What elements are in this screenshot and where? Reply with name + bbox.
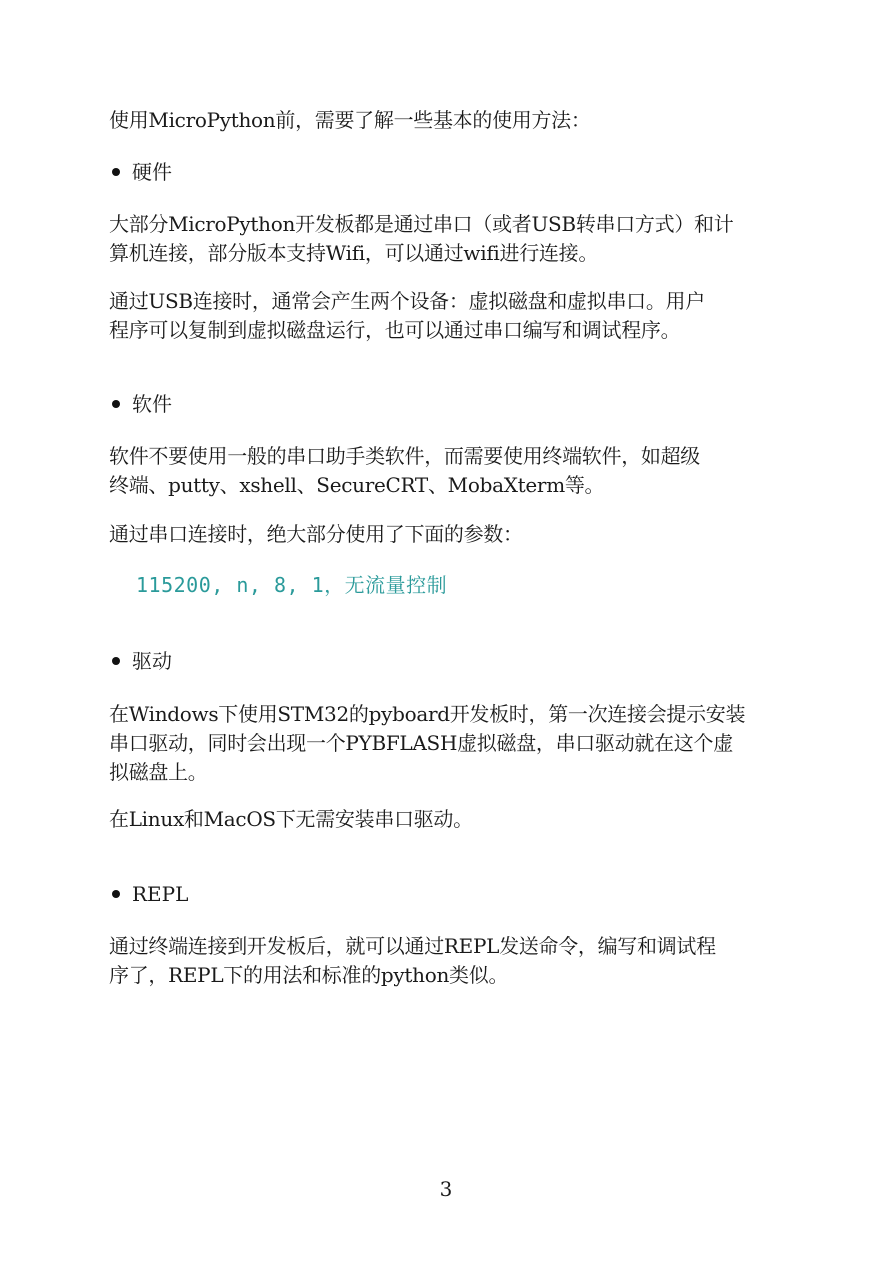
- paragraph-line: 序了，REPL下的用法和标准的python类似。: [109, 961, 508, 990]
- paragraph-line: 软件不要使用一般的串口助手类软件，而需要使用终端软件，如超级: [109, 442, 700, 471]
- paragraph-line: 在Linux和MacOS下无需安装串口驱动。: [109, 805, 473, 834]
- heading-label: 软件: [132, 392, 172, 416]
- bullet-icon: [112, 400, 120, 408]
- paragraph-line: 通过终端连接到开发板后，就可以通过REPL发送命令，编写和调试程: [109, 932, 716, 961]
- paragraph-line: 程序可以复制到虚拟磁盘运行，也可以通过串口编写和调试程序。: [109, 316, 680, 345]
- section-heading-driver: 驱动: [109, 647, 172, 676]
- serial-params-code: 115200, n, 8, 1，无流量控制: [136, 571, 447, 600]
- paragraph-line: 在Windows下使用STM32的pyboard开发板时，第一次连接会提示安装: [109, 700, 745, 729]
- paragraph-line: 串口驱动，同时会出现一个PYBFLASH虚拟磁盘，串口驱动就在这个虚: [109, 729, 733, 758]
- heading-label: REPL: [132, 882, 188, 906]
- intro-paragraph: 使用MicroPython前，需要了解一些基本的使用方法：: [109, 106, 591, 135]
- bullet-icon: [112, 168, 120, 176]
- paragraph-line: 通过USB连接时，通常会产生两个设备：虚拟磁盘和虚拟串口。用户: [109, 287, 705, 316]
- section-heading-hardware: 硬件: [109, 158, 172, 187]
- paragraph-line: 大部分MicroPython开发板都是通过串口（或者USB转串口方式）和计: [109, 210, 733, 239]
- heading-label: 驱动: [132, 649, 172, 673]
- section-heading-software: 软件: [109, 390, 172, 419]
- paragraph-line: 终端、putty、xshell、SecureCRT、MobaXterm等。: [109, 471, 604, 500]
- page-number: 3: [0, 1177, 892, 1201]
- section-heading-repl: REPL: [109, 880, 188, 909]
- bullet-icon: [112, 657, 120, 665]
- paragraph-line: 拟磁盘上。: [109, 758, 208, 787]
- bullet-icon: [112, 890, 120, 898]
- heading-label: 硬件: [132, 160, 172, 184]
- paragraph-line: 算机连接，部分版本支持Wifi，可以通过wifi进行连接。: [109, 239, 598, 268]
- paragraph-line: 通过串口连接时，绝大部分使用了下面的参数：: [109, 520, 523, 549]
